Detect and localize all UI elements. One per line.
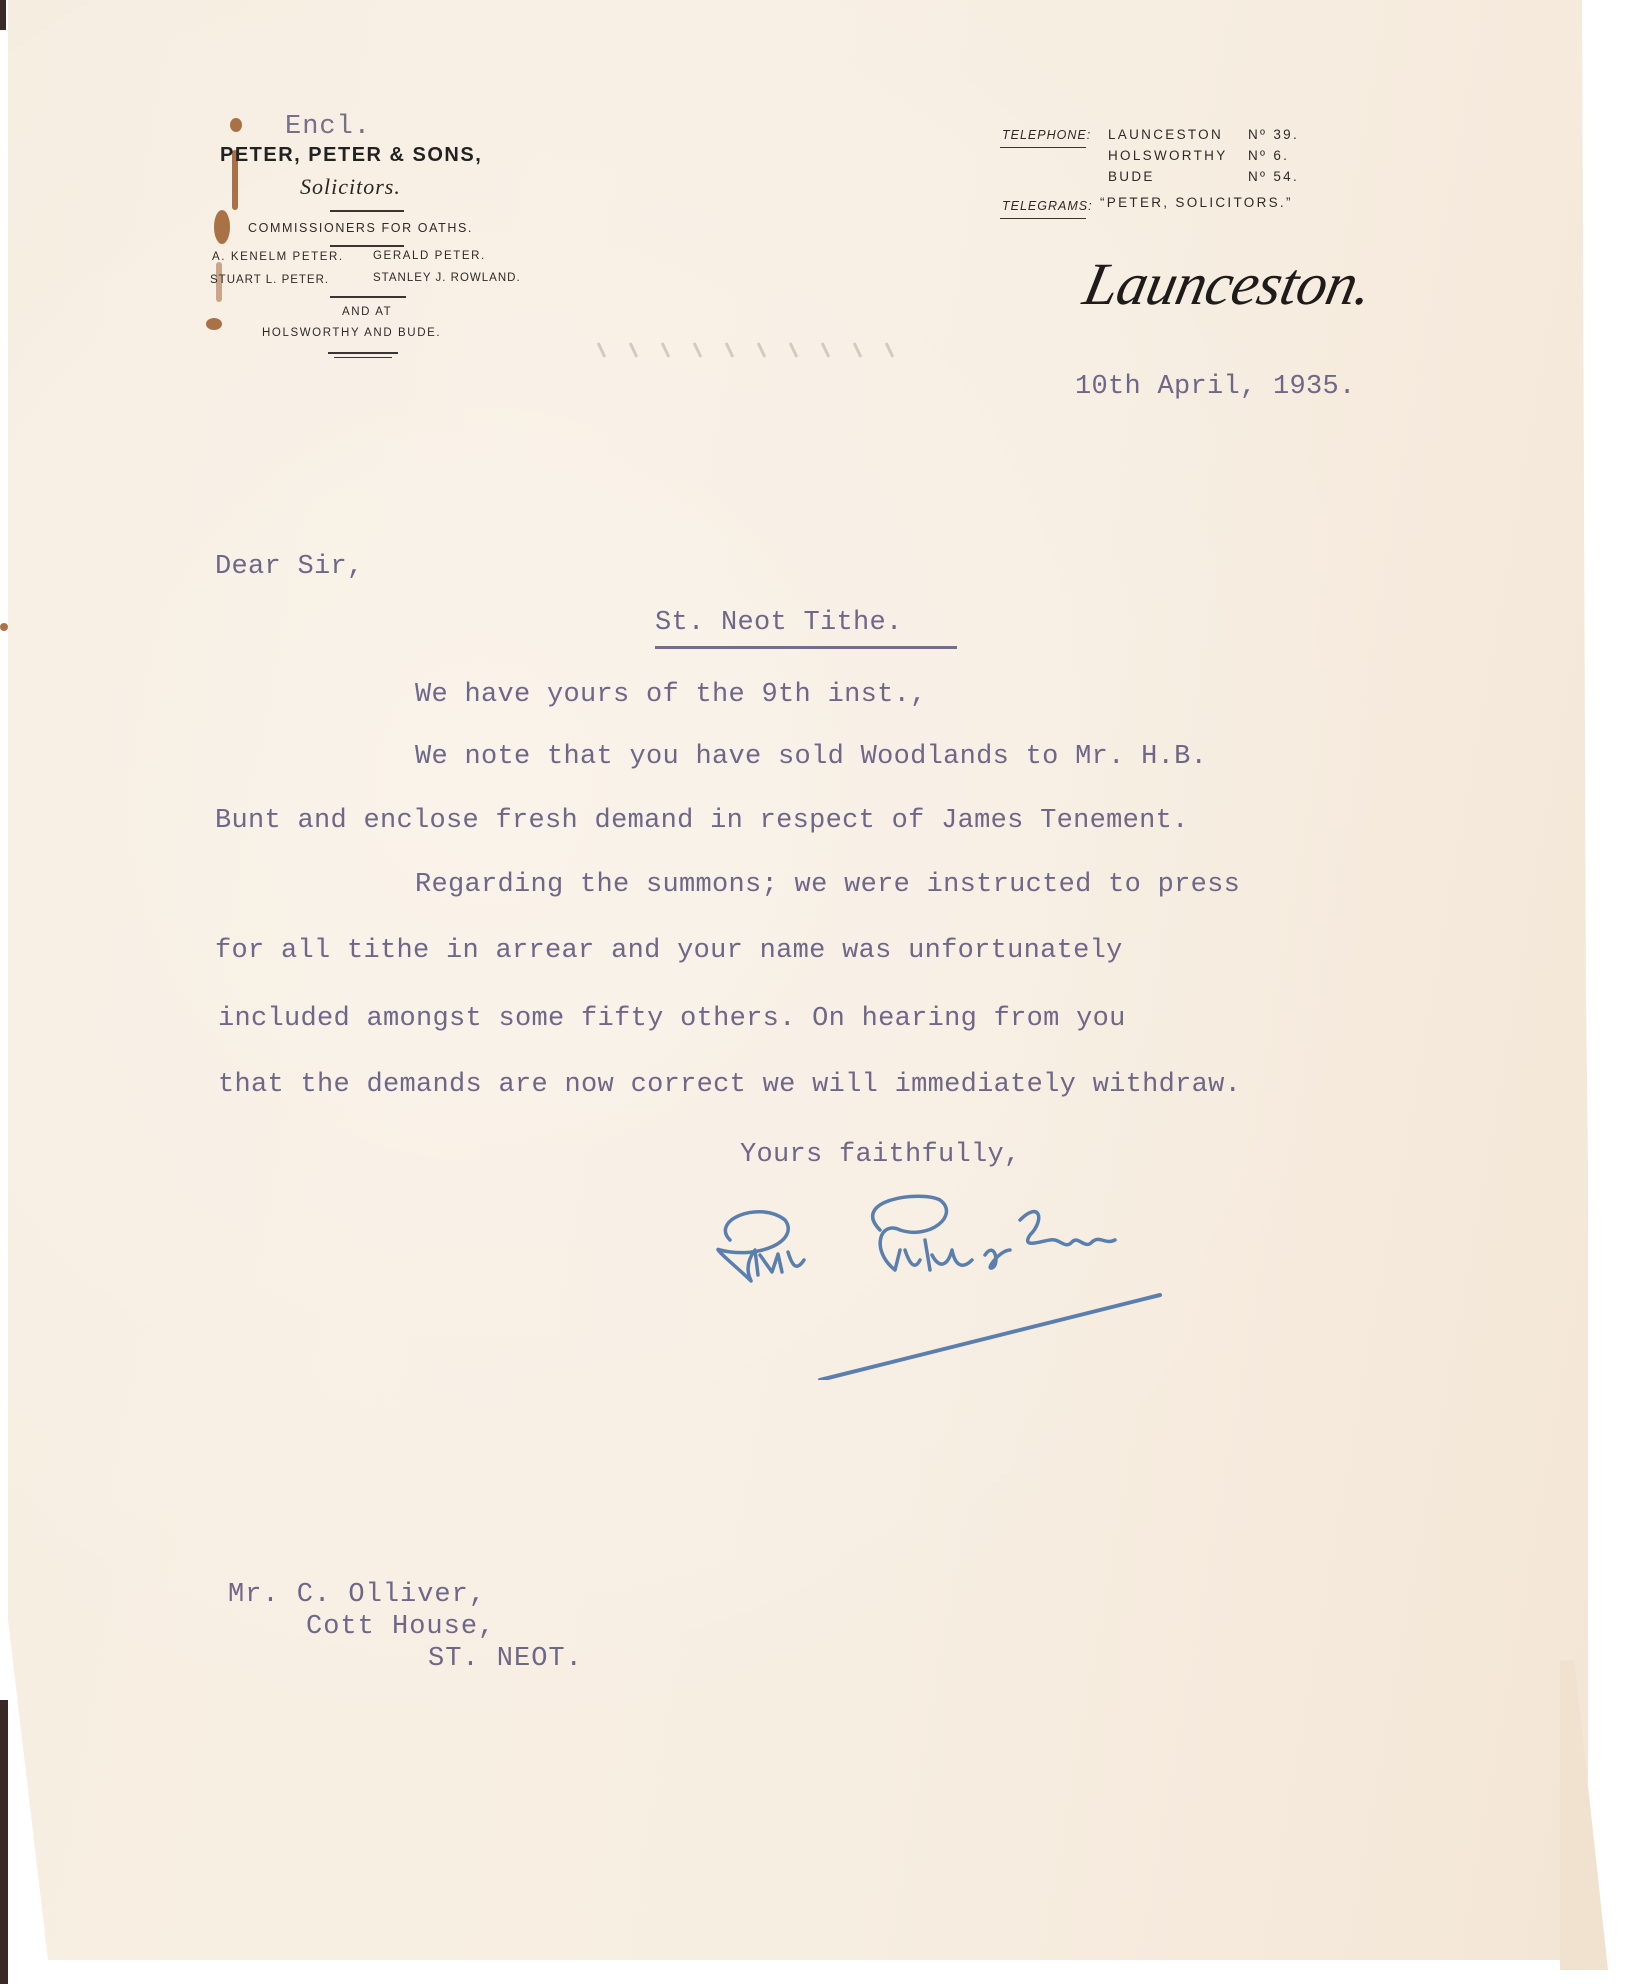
telephone-number: Nº 39. bbox=[1248, 127, 1299, 142]
place-name: Launceston. bbox=[1078, 250, 1379, 319]
rust-stain bbox=[0, 623, 8, 631]
rust-stain bbox=[206, 318, 222, 330]
telephone-place: LAUNCESTON bbox=[1108, 127, 1223, 142]
body-line: We have yours of the 9th inst., bbox=[415, 680, 927, 710]
telephone-place: BUDE bbox=[1108, 169, 1155, 184]
divider bbox=[1000, 147, 1086, 148]
body-line: We note that you have sold Woodlands to … bbox=[415, 742, 1207, 772]
divider bbox=[1000, 218, 1086, 219]
partner-name: GERALD PETER. bbox=[373, 250, 486, 262]
partner-name: STUART L. PETER. bbox=[210, 274, 329, 286]
subject-underline bbox=[655, 646, 957, 649]
salutation: Dear Sir, bbox=[215, 552, 364, 582]
recipient-address: Cott House, bbox=[306, 1612, 495, 1642]
recipient-name: Mr. C. Olliver, bbox=[228, 1580, 486, 1610]
divider bbox=[328, 352, 398, 354]
telegram-address: “PETER, SOLICITORS.” bbox=[1100, 195, 1293, 210]
body-line: Bunt and enclose fresh demand in respect… bbox=[215, 806, 1189, 836]
telephone-number: Nº 6. bbox=[1248, 148, 1289, 163]
commission-text: COMMISSIONERS FOR OATHS. bbox=[248, 221, 473, 235]
body-line: that the demands are now correct we will… bbox=[218, 1070, 1241, 1100]
firm-type: Solicitors. bbox=[300, 174, 401, 200]
signature-icon bbox=[700, 1180, 1180, 1380]
telephone-number: Nº 54. bbox=[1248, 169, 1299, 184]
telephone-place: HOLSWORTHY bbox=[1108, 148, 1228, 163]
letter-date: 10th April, 1935. bbox=[1075, 372, 1356, 402]
divider bbox=[330, 210, 404, 212]
divider bbox=[330, 245, 404, 247]
partner-name: A. KENELM PETER. bbox=[212, 251, 344, 263]
scan-shadow bbox=[0, 0, 6, 30]
scan-shadow bbox=[0, 1700, 8, 1984]
divider bbox=[334, 357, 392, 358]
branch-offices: HOLSWORTHY AND BUDE. bbox=[262, 327, 441, 339]
subject-heading: St. Neot Tithe. bbox=[655, 608, 903, 638]
partner-name: STANLEY J. ROWLAND. bbox=[373, 272, 521, 284]
firm-name: PETER, PETER & SONS, bbox=[220, 144, 482, 167]
paper-impression-marks bbox=[600, 342, 920, 363]
body-line: included amongst some fifty others. On h… bbox=[218, 1004, 1126, 1034]
rust-stain bbox=[214, 210, 230, 244]
telephone-label: TELEPHONE: bbox=[1002, 128, 1091, 142]
recipient-town: ST. NEOT. bbox=[428, 1644, 583, 1674]
also-at-label: AND AT bbox=[342, 306, 392, 318]
telegrams-label: TELEGRAMS: bbox=[1002, 199, 1093, 213]
scan-margin bbox=[0, 0, 8, 1984]
rust-stain bbox=[230, 118, 242, 132]
divider bbox=[330, 296, 406, 298]
body-line: Regarding the summons; we were instructe… bbox=[415, 870, 1240, 900]
enclosure-note: Encl. bbox=[285, 112, 371, 142]
closing: Yours faithfully, bbox=[740, 1140, 1021, 1170]
body-line: for all tithe in arrear and your name wa… bbox=[215, 936, 1123, 966]
